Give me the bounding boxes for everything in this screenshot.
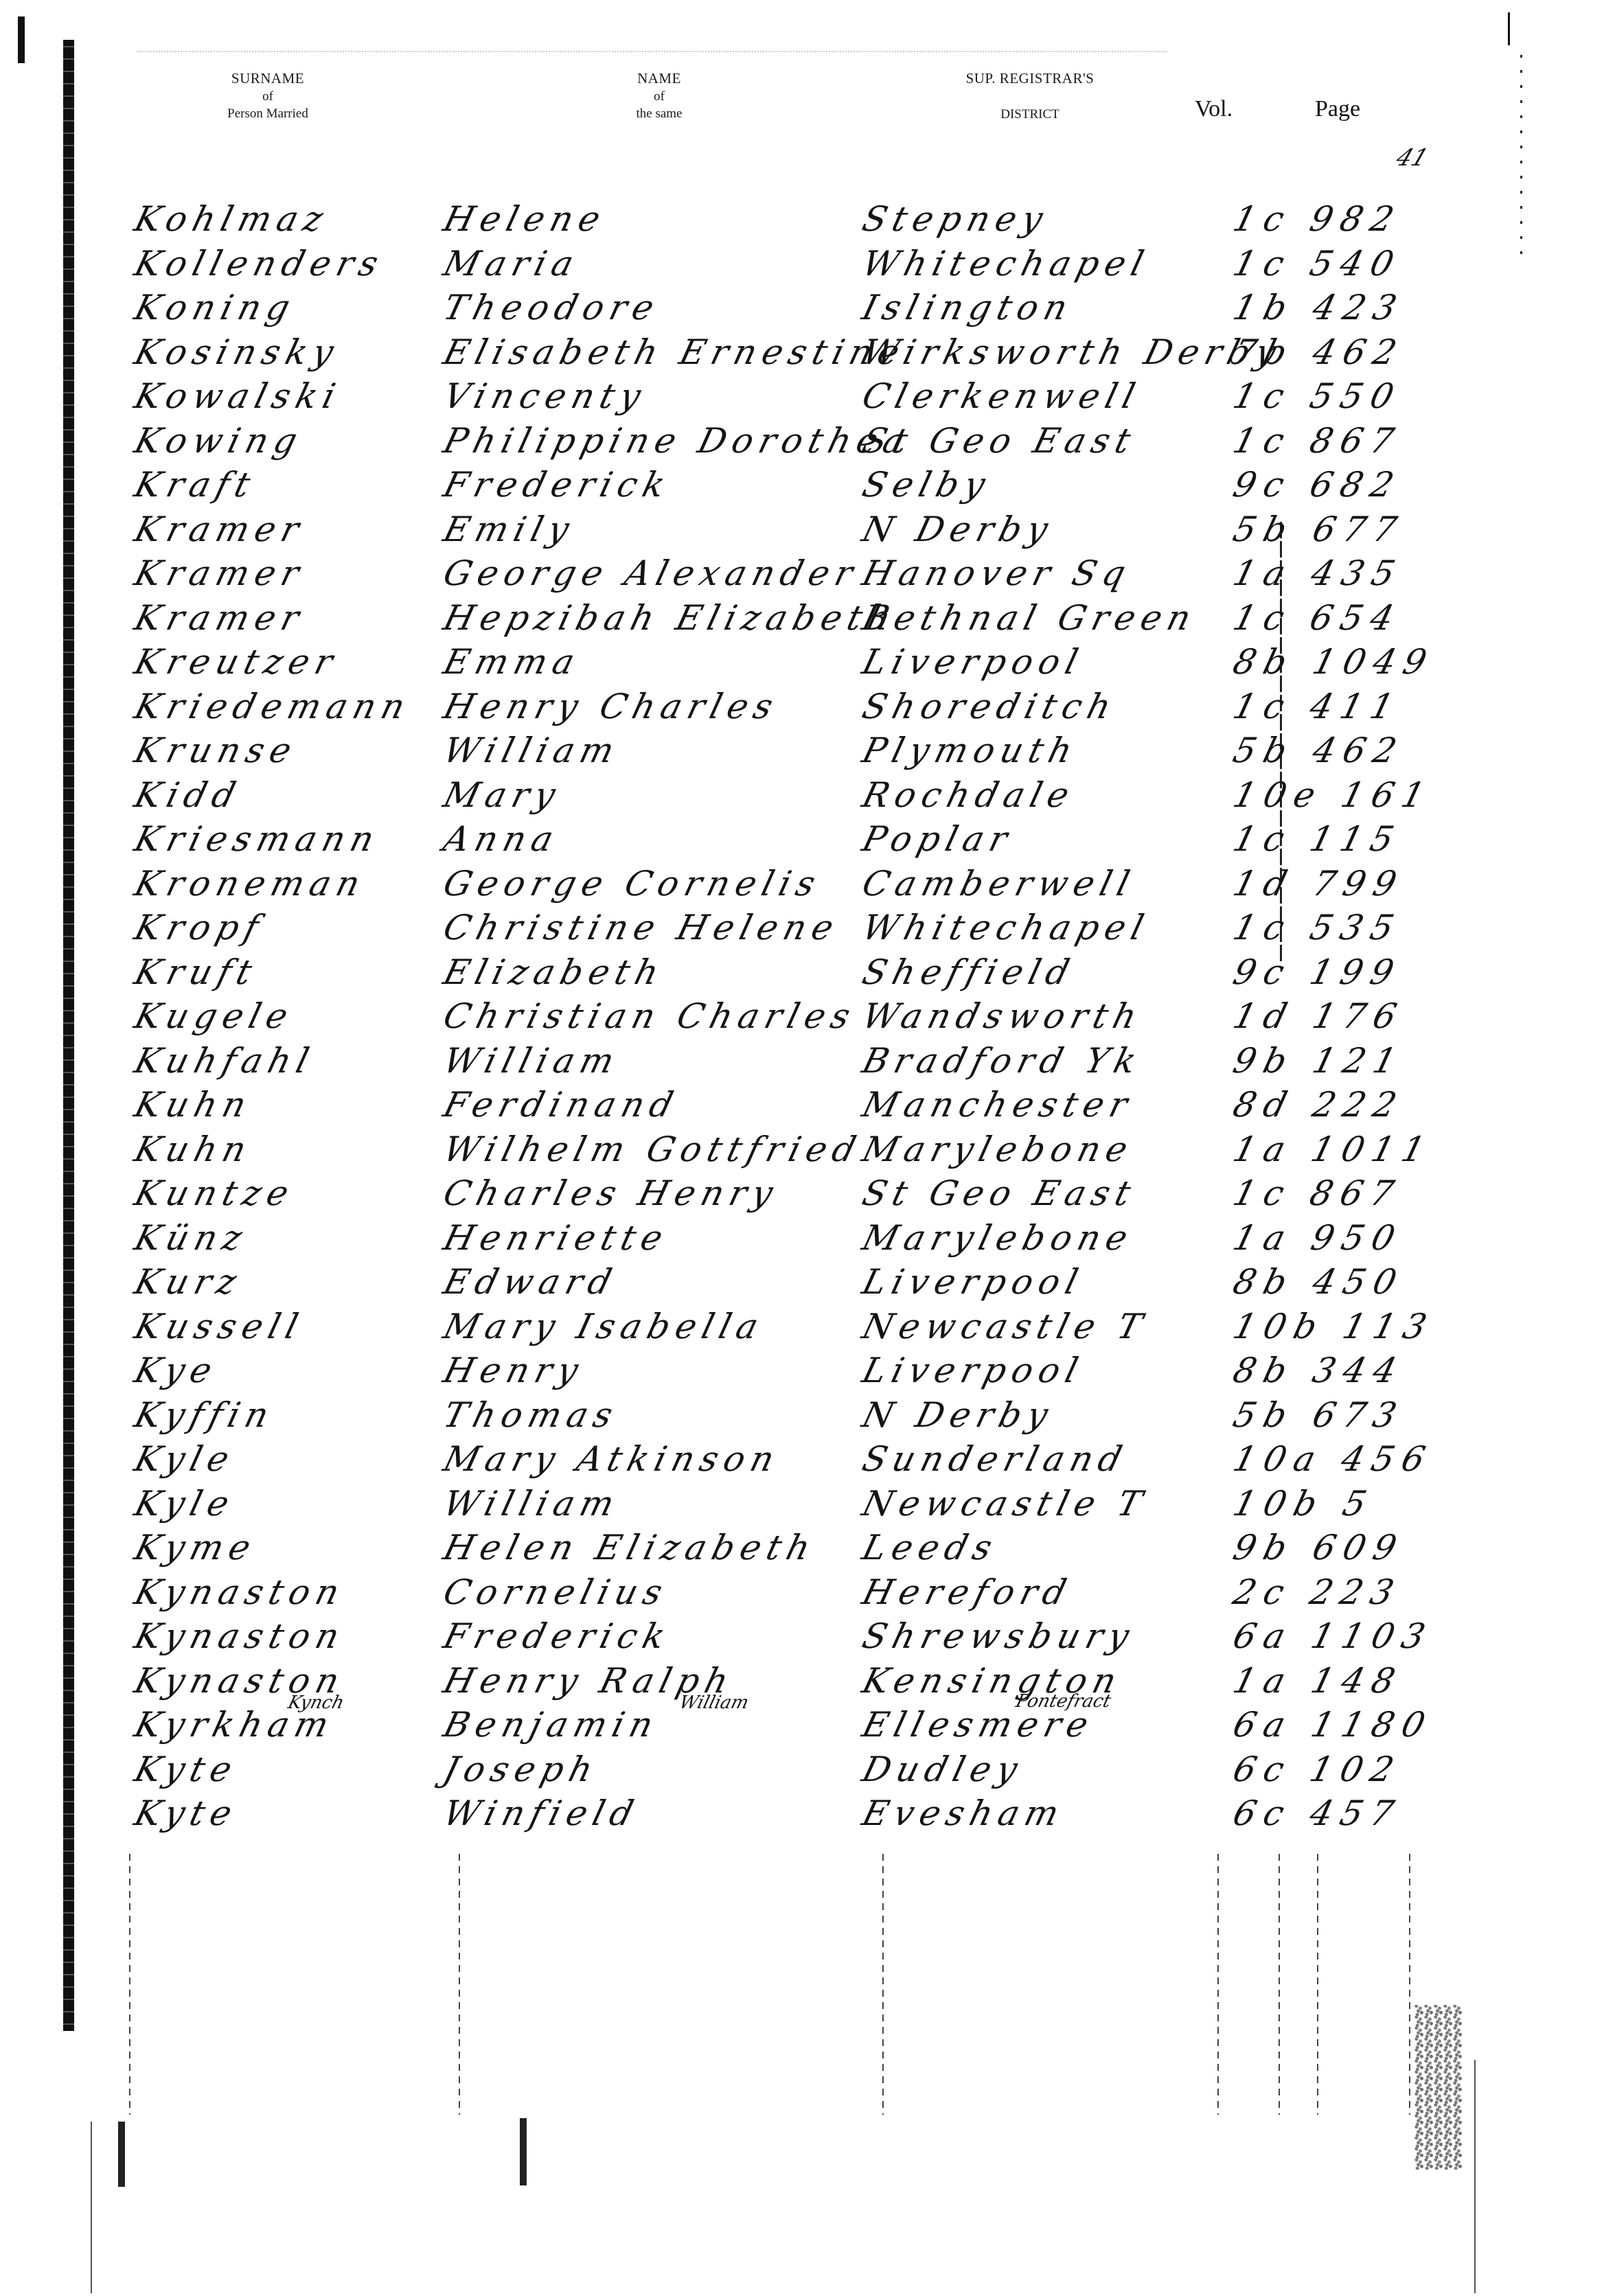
vol-page-cell: 1d 176 bbox=[1229, 996, 1409, 1036]
header-name: NAME of the same bbox=[591, 71, 728, 120]
district-cell: Clerkenwell bbox=[858, 376, 1145, 416]
column-rule bbox=[1217, 1854, 1219, 2115]
surname-cell: Kynaston bbox=[130, 1572, 350, 1612]
table-row: KyteJosephDudley6c 102 bbox=[0, 1749, 1604, 1791]
surname-cell: Kramer bbox=[130, 553, 309, 593]
table-row: KreutzerEmmaLiverpool8b 1049 bbox=[0, 642, 1604, 683]
district-cell: Whitechapel bbox=[858, 244, 1154, 284]
district-cell: Newcastle T bbox=[858, 1307, 1152, 1346]
district-cell: Sunderland bbox=[858, 1439, 1132, 1479]
scan-bar bbox=[118, 2122, 125, 2187]
district-cell: Plymouth bbox=[858, 731, 1082, 770]
surname-cell: Kraft bbox=[130, 465, 260, 505]
table-row: KuhnWilhelm GottfriedMarylebone1a 1011 bbox=[0, 1129, 1604, 1171]
name-cell: Vincenty bbox=[439, 376, 651, 416]
name-cell: Elizabeth bbox=[439, 952, 669, 992]
district-cell: St Geo East bbox=[858, 421, 1141, 461]
table-row: KramerEmilyN Derby5b 677 bbox=[0, 509, 1604, 551]
surname-cell: Kramer bbox=[130, 598, 309, 638]
name-cell: Helen Elizabeth bbox=[439, 1528, 821, 1568]
surname-cell: Kowing bbox=[130, 421, 308, 461]
name-cell: Mary Isabella bbox=[439, 1307, 768, 1346]
vol-page-cell: 8d 222 bbox=[1229, 1085, 1409, 1125]
vol-page-cell: 1b 423 bbox=[1229, 288, 1409, 328]
surname-cell: Kyle bbox=[130, 1439, 239, 1479]
surname-cell: Koning bbox=[130, 288, 300, 328]
surname-cell: Kyle bbox=[130, 1484, 239, 1524]
name-cell: Henry bbox=[439, 1351, 588, 1390]
district-cell: Sheffield bbox=[858, 952, 1079, 992]
name-cell: Henry Charles bbox=[439, 687, 783, 726]
name-cell: Theodore bbox=[439, 288, 664, 328]
surname-cell: Kyffin bbox=[130, 1395, 279, 1435]
name-cell: Emily bbox=[439, 509, 580, 549]
vol-page-cell: 9b 609 bbox=[1229, 1528, 1409, 1568]
header-vol: Vol. bbox=[1195, 96, 1233, 122]
name-cell: Mary Atkinson bbox=[439, 1439, 784, 1479]
scan-edge-line bbox=[91, 2122, 92, 2293]
table-row: KowalskiVincentyClerkenwell1c 550 bbox=[0, 376, 1604, 417]
district-cell: N Derby bbox=[858, 509, 1058, 549]
column-rule bbox=[129, 1854, 130, 2115]
surname-cell: Kuhfahl bbox=[130, 1041, 319, 1081]
name-cell: Frederick bbox=[439, 1616, 675, 1656]
district-cell: Bradford Yk bbox=[858, 1041, 1147, 1081]
table-row: KramerHepzibah ElizabethBethnal Green1c … bbox=[0, 598, 1604, 639]
name-cell: Philippine Dorothea bbox=[439, 421, 915, 461]
table-row: KiddMaryRochdale10e 161 bbox=[0, 775, 1604, 816]
district-cell: Shrewsbury bbox=[858, 1616, 1139, 1656]
surname-cell: Kruft bbox=[130, 952, 262, 992]
table-row: KyeHenryLiverpool8b 344 bbox=[0, 1351, 1604, 1392]
vol-page-cell: 10b 113 bbox=[1229, 1307, 1439, 1346]
district-cell: N Derby bbox=[858, 1395, 1058, 1435]
district-cell: Shoreditch bbox=[858, 687, 1121, 726]
table-row: KriesmannAnnaPoplar1c 115 bbox=[0, 819, 1604, 860]
name-cell: Christine Helene bbox=[439, 908, 844, 948]
name-cell: Anna bbox=[439, 819, 564, 859]
district-cell: Poplar bbox=[858, 819, 1018, 859]
district-cell: Islington bbox=[858, 288, 1077, 328]
surname-cell: Kuhn bbox=[130, 1129, 256, 1169]
district-cell: Liverpool bbox=[858, 1351, 1088, 1390]
table-row: KropfChristine HeleneWhitechapel1c 535 bbox=[0, 908, 1604, 949]
table-row: KussellMary IsabellaNewcastle T10b 113 bbox=[0, 1307, 1604, 1348]
table-row: KraftFrederickSelby9c 682 bbox=[0, 465, 1604, 506]
table-row: KuhnFerdinandManchester8d 222 bbox=[0, 1085, 1604, 1126]
vol-page-cell: 1a 950 bbox=[1229, 1218, 1407, 1258]
vol-page-cell: 6c 102 bbox=[1229, 1749, 1406, 1789]
name-cell: Winfield bbox=[439, 1793, 643, 1833]
name-cell: Benjamin bbox=[439, 1705, 663, 1745]
district-cell: Bethnal Green bbox=[858, 598, 1201, 638]
vol-page-cell: 10a 456 bbox=[1229, 1439, 1437, 1479]
table-row: KynastonHenry RalphKensington1a 148 bbox=[0, 1661, 1604, 1702]
top-scan-noise bbox=[137, 41, 1167, 52]
name-cell: Mary bbox=[439, 775, 566, 815]
table-row: KynastonFrederickShrewsbury6a 1103 bbox=[0, 1616, 1604, 1657]
table-row: KyrkhamBenjaminEllesmere6a 1180KynchWill… bbox=[0, 1705, 1604, 1746]
scan-bar bbox=[520, 2118, 527, 2185]
surname-cell: Kohlmaz bbox=[130, 199, 333, 239]
table-row: KymeHelen ElizabethLeeds9b 609 bbox=[0, 1528, 1604, 1569]
district-cell: Liverpool bbox=[858, 642, 1088, 682]
name-cell: Hepzibah Elizabeth bbox=[439, 598, 901, 638]
column-rule bbox=[1279, 1854, 1280, 2115]
district-cell: Wandsworth bbox=[858, 996, 1147, 1036]
name-cell: Maria bbox=[439, 244, 584, 284]
district-cell: Marylebone bbox=[858, 1218, 1138, 1258]
column-rule bbox=[1409, 1854, 1410, 2115]
vol-page-cell: 1c 867 bbox=[1229, 1173, 1406, 1213]
table-row: KünzHenrietteMarylebone1a 950 bbox=[0, 1218, 1604, 1259]
vol-page-cell: 1c 550 bbox=[1229, 376, 1406, 416]
table-row: KosinskyElisabeth ErnestineWirksworth De… bbox=[0, 332, 1604, 374]
column-rule bbox=[882, 1854, 884, 2115]
header-district: SUP. REGISTRAR'S DISTRICT bbox=[934, 71, 1126, 121]
table-row: KynastonCorneliusHereford2c 223 bbox=[0, 1572, 1604, 1614]
district-cell: Marylebone bbox=[858, 1129, 1138, 1169]
district-cell: Camberwell bbox=[858, 864, 1140, 904]
vol-page-cell: 1a 1011 bbox=[1229, 1129, 1437, 1169]
vol-page-cell: 1c 411 bbox=[1229, 687, 1406, 726]
table-row: KrunseWilliamPlymouth5b 462 bbox=[0, 731, 1604, 772]
table-row: KuhfahlWilliamBradford Yk9b 121 bbox=[0, 1041, 1604, 1082]
vol-page-cell: 9c 199 bbox=[1229, 952, 1406, 992]
vol-page-cell: 8b 1049 bbox=[1229, 642, 1439, 682]
vol-page-cell: 10b 5 bbox=[1229, 1484, 1379, 1524]
vol-page-cell: 7b 462 bbox=[1229, 332, 1409, 372]
table-row: KuntzeCharles HenrySt Geo East1c 867 bbox=[0, 1173, 1604, 1215]
vol-page-cell: 6a 1180 bbox=[1229, 1705, 1437, 1745]
surname-cell: Kidd bbox=[130, 775, 246, 815]
name-cell: Edward bbox=[439, 1262, 621, 1302]
table-row: KramerGeorge AlexanderHanover Sq1a 435 bbox=[0, 553, 1604, 595]
name-cell: William bbox=[439, 1041, 624, 1081]
surname-cell: Kramer bbox=[130, 509, 309, 549]
scan-corner-mark bbox=[18, 16, 25, 63]
vol-page-cell: 2c 223 bbox=[1229, 1572, 1406, 1612]
surname-cell: Kollenders bbox=[130, 244, 389, 284]
header-page: Page bbox=[1315, 96, 1360, 122]
district-cell: Liverpool bbox=[858, 1262, 1088, 1302]
district-cell: Hereford bbox=[858, 1572, 1077, 1612]
table-row: KruftElizabethSheffield9c 199 bbox=[0, 952, 1604, 994]
table-row: KronemanGeorge CornelisCamberwell1d 799 bbox=[0, 864, 1604, 905]
table-row: KyleMary AtkinsonSunderland10a 456 bbox=[0, 1439, 1604, 1480]
surname-cell: Krunse bbox=[130, 731, 301, 770]
district-cell: Leeds bbox=[858, 1528, 1002, 1568]
name-cell: William bbox=[439, 731, 624, 770]
name-annotation: William bbox=[677, 1692, 751, 1713]
surname-cell: Kroneman bbox=[130, 864, 370, 904]
name-cell: Charles Henry bbox=[439, 1173, 783, 1213]
surname-cell: Kuntze bbox=[130, 1173, 299, 1213]
vol-page-cell: 6c 457 bbox=[1229, 1793, 1406, 1833]
name-cell: George Alexander bbox=[439, 553, 863, 593]
vol-page-cell: 1c 535 bbox=[1229, 908, 1406, 948]
name-cell: Cornelius bbox=[439, 1572, 672, 1612]
vol-page-cell: 1c 867 bbox=[1229, 421, 1406, 461]
vol-page-cell: 1c 115 bbox=[1229, 819, 1406, 859]
vol-page-cell: 1a 435 bbox=[1229, 553, 1407, 593]
surname-cell: Künz bbox=[130, 1218, 252, 1258]
vol-page-cell: 5b 673 bbox=[1229, 1395, 1409, 1435]
surname-cell: Kynaston bbox=[130, 1616, 350, 1656]
surname-cell: Kosinsky bbox=[130, 332, 344, 372]
name-cell: Thomas bbox=[439, 1395, 623, 1435]
name-cell: Helene bbox=[439, 199, 610, 239]
district-annotation: Pontefract bbox=[1013, 1691, 1113, 1712]
name-cell: Elisabeth Ernestine bbox=[439, 332, 910, 372]
column-rule bbox=[459, 1854, 460, 2115]
name-cell: Christian Charles bbox=[439, 996, 860, 1036]
vol-page-cell: 9b 121 bbox=[1229, 1041, 1409, 1081]
surname-cell: Kyte bbox=[130, 1749, 242, 1789]
vol-page-cell: 1c 654 bbox=[1229, 598, 1406, 638]
table-row: KyteWinfieldEvesham6c 457 bbox=[0, 1793, 1604, 1835]
scan-speckle bbox=[1414, 2005, 1463, 2170]
right-margin-rule bbox=[1508, 12, 1510, 45]
district-cell: Evesham bbox=[858, 1793, 1069, 1833]
vol-page-cell: 1c 982 bbox=[1229, 199, 1406, 239]
table-row: KriedemannHenry CharlesShoreditch1c 411 bbox=[0, 687, 1604, 728]
district-cell: Rochdale bbox=[858, 775, 1079, 815]
table-row: KyffinThomasN Derby5b 673 bbox=[0, 1395, 1604, 1436]
name-cell: Frederick bbox=[439, 465, 675, 505]
surname-cell: Kye bbox=[130, 1351, 222, 1390]
name-cell: William bbox=[439, 1484, 624, 1524]
name-cell: Emma bbox=[439, 642, 585, 682]
folio-number: 41 bbox=[1393, 144, 1432, 172]
table-row: KowingPhilippine DorotheaSt Geo East1c 8… bbox=[0, 421, 1604, 462]
surname-cell: Kussell bbox=[130, 1307, 308, 1346]
vol-page-cell: 5b 677 bbox=[1229, 509, 1409, 549]
surname-cell: Kropf bbox=[130, 908, 268, 948]
surname-cell: Kugele bbox=[130, 996, 298, 1036]
vol-page-cell: 5b 462 bbox=[1229, 731, 1409, 770]
name-cell: Ferdinand bbox=[439, 1085, 683, 1125]
district-cell: Dudley bbox=[858, 1749, 1028, 1789]
table-row: KollendersMariaWhitechapel1c 540 bbox=[0, 244, 1604, 285]
table-row: KohlmazHeleneStepney1c 982 bbox=[0, 199, 1604, 240]
name-cell: Wilhelm Gottfried bbox=[439, 1129, 866, 1169]
table-row: KugeleChristian CharlesWandsworth1d 176 bbox=[0, 996, 1604, 1037]
surname-cell: Kyte bbox=[130, 1793, 242, 1833]
surname-annotation: Kynch bbox=[286, 1692, 346, 1713]
surname-cell: Kyme bbox=[130, 1528, 261, 1568]
district-cell: Wirksworth Derby bbox=[858, 332, 1287, 372]
district-cell: Manchester bbox=[858, 1085, 1138, 1125]
district-cell: Stepney bbox=[858, 199, 1053, 239]
district-cell: Selby bbox=[858, 465, 996, 505]
table-row: KurzEdwardLiverpool8b 450 bbox=[0, 1262, 1604, 1303]
register-page: SURNAME of Person Married NAME of the sa… bbox=[0, 0, 1604, 2296]
district-cell: Whitechapel bbox=[858, 908, 1154, 948]
header-surname: SURNAME of Person Married bbox=[199, 71, 336, 120]
surname-cell: Kriesmann bbox=[130, 819, 385, 859]
surname-cell: Kowalski bbox=[130, 376, 345, 416]
district-cell: St Geo East bbox=[858, 1173, 1141, 1213]
column-rule bbox=[1317, 1854, 1318, 2115]
surname-cell: Kreutzer bbox=[130, 642, 343, 682]
vol-page-cell: 8b 450 bbox=[1229, 1262, 1409, 1302]
district-cell: Hanover Sq bbox=[858, 553, 1136, 593]
district-cell: Newcastle T bbox=[858, 1484, 1152, 1524]
vol-page-cell: 1d 799 bbox=[1229, 864, 1409, 904]
name-cell: George Cornelis bbox=[439, 864, 825, 904]
surname-cell: Kriedemann bbox=[130, 687, 415, 726]
table-row: KyleWilliamNewcastle T10b 5 bbox=[0, 1484, 1604, 1525]
name-cell: Henriette bbox=[439, 1218, 673, 1258]
vol-page-cell: 9c 682 bbox=[1229, 465, 1406, 505]
vol-page-cell: 6a 1103 bbox=[1229, 1616, 1437, 1656]
vol-page-cell: 1c 540 bbox=[1229, 244, 1406, 284]
surname-cell: Kurz bbox=[130, 1262, 247, 1302]
table-row: KoningTheodoreIslington1b 423 bbox=[0, 288, 1604, 329]
name-cell: Joseph bbox=[439, 1749, 603, 1789]
vol-page-cell: 10e 161 bbox=[1229, 775, 1437, 815]
vol-page-cell: 8b 344 bbox=[1229, 1351, 1409, 1390]
scan-edge-line bbox=[1474, 2060, 1476, 2293]
vol-page-cell: 1a 148 bbox=[1229, 1661, 1407, 1701]
surname-cell: Kuhn bbox=[130, 1085, 256, 1125]
